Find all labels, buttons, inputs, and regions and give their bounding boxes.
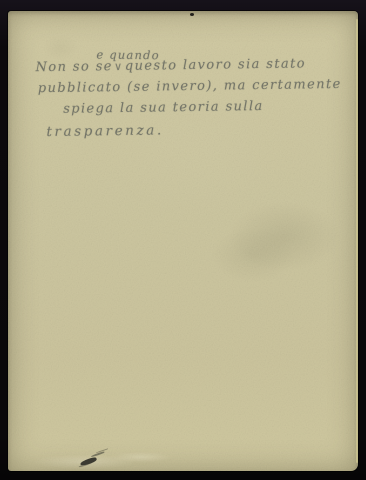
note-line-2: pubblicato (se invero), ma certamente xyxy=(38,74,346,99)
scan-black-border: Non so see quando∨questo lavoro sia stat… xyxy=(0,0,366,480)
inserted-word: e quando xyxy=(97,44,161,66)
paper-sheet: Non so see quando∨questo lavoro sia stat… xyxy=(8,11,358,471)
ink-smudge-mark xyxy=(80,456,98,466)
note-line-3: spiega la sua teoria sulla xyxy=(63,95,346,120)
scan-speck xyxy=(190,13,194,16)
note-line-4: trasparenza. xyxy=(46,118,346,143)
handwritten-note: Non so see quando∨questo lavoro sia stat… xyxy=(35,53,346,143)
paper-edge-highlight xyxy=(356,19,358,463)
insertion-point: e quando∨ xyxy=(113,56,125,77)
caret-insertion-mark: ∨ xyxy=(114,60,124,73)
